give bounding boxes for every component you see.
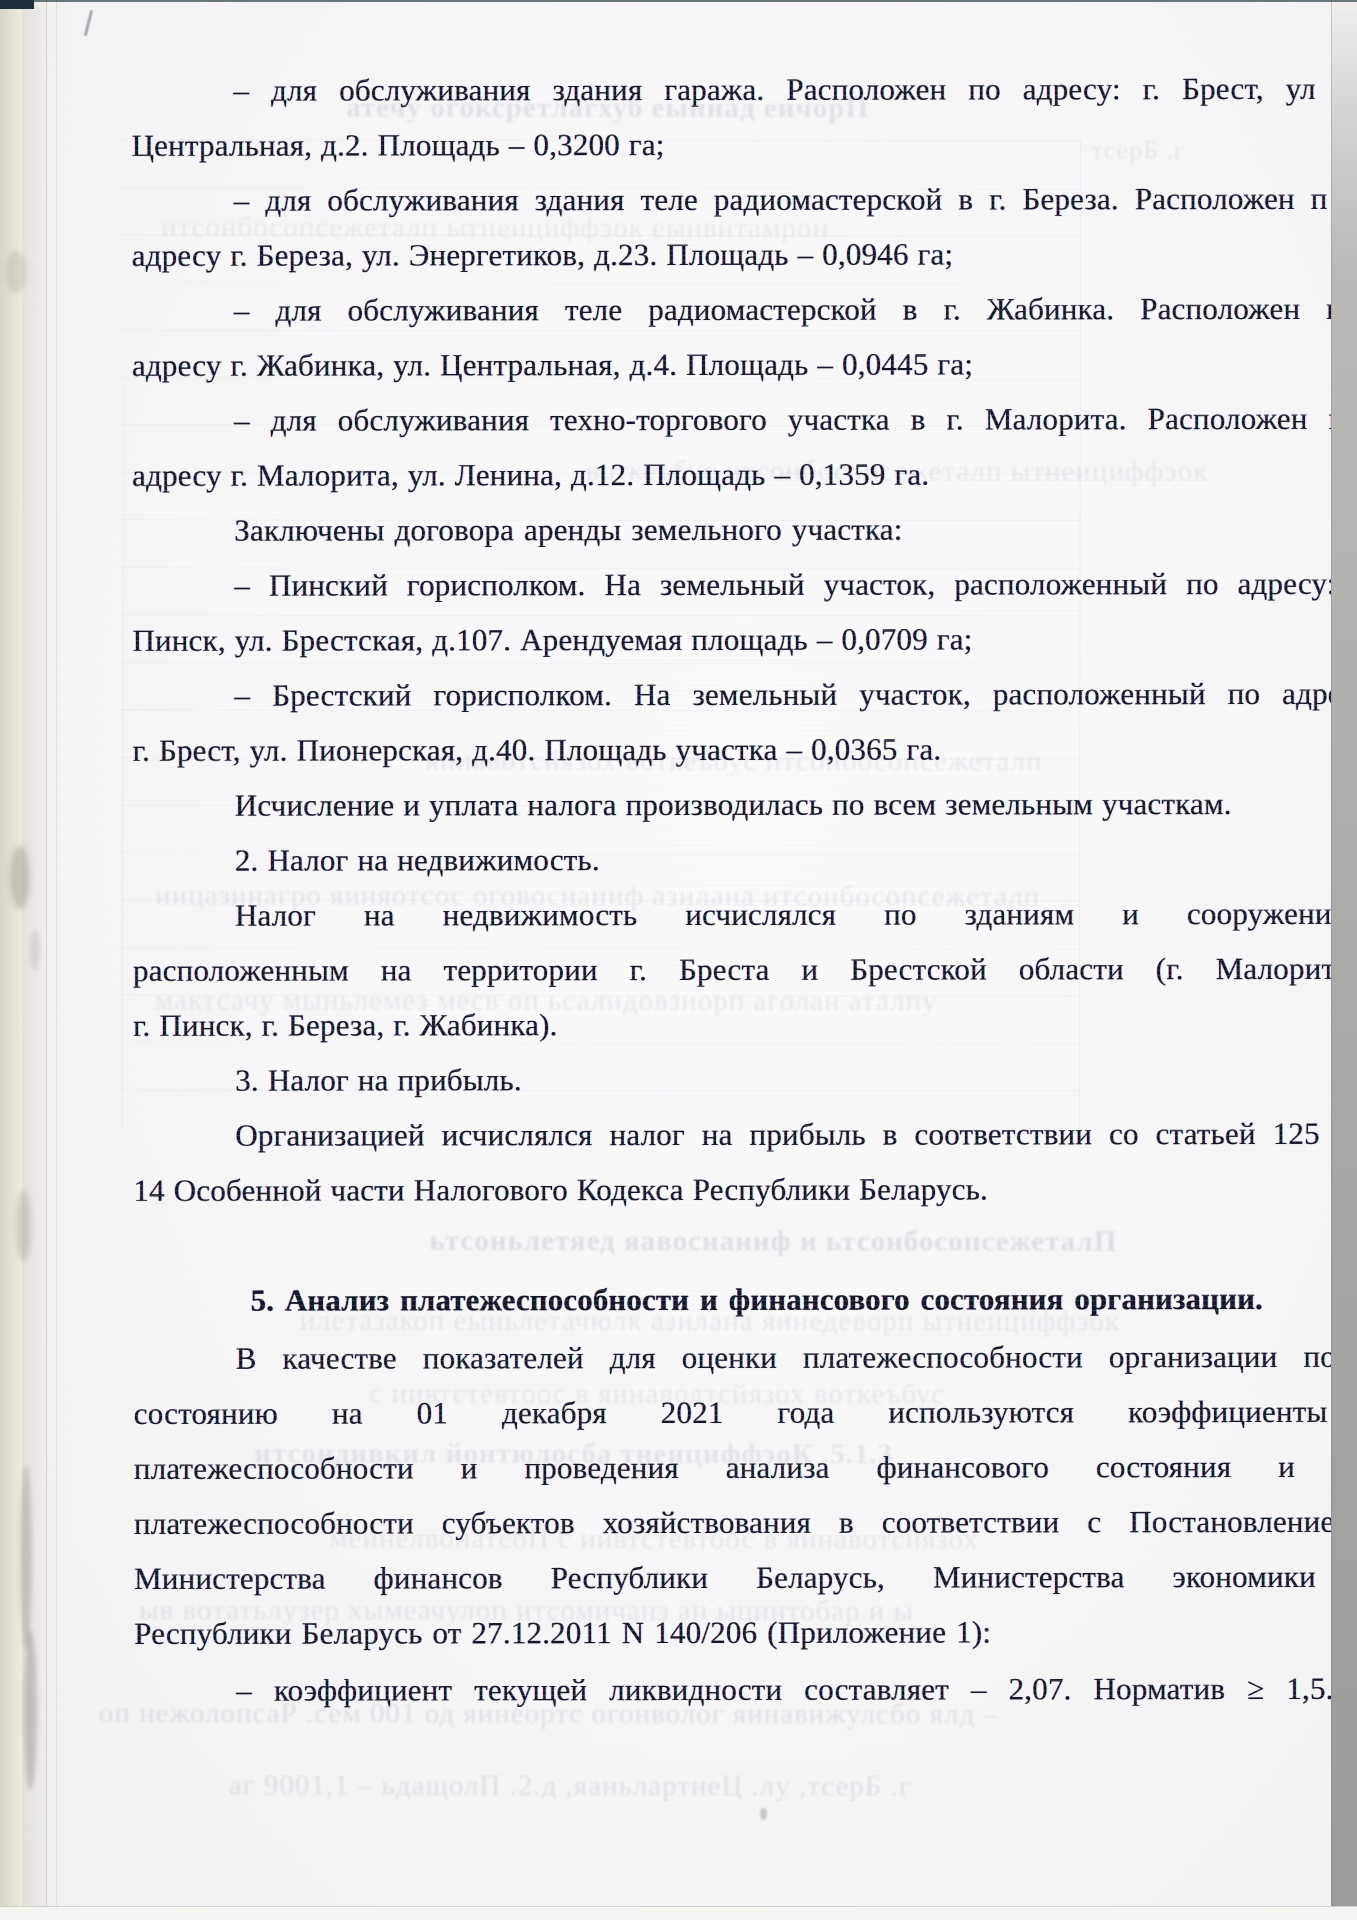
text-line: 2. Налог на недвижимость.: [235, 833, 600, 888]
text-line: состоянию на 01 декабря 2021 года исполь…: [134, 1385, 1328, 1441]
text-line: Пинск, ул. Брестская, д.107. Арендуемая …: [132, 612, 972, 667]
text-line: Налог на недвижимость исчислялся по здан…: [235, 887, 1357, 943]
text-line: – Брестский горисполком. На земельный уч…: [234, 667, 1357, 723]
text-line: Организацией исчислялся налог на прибыль…: [235, 1107, 1357, 1163]
text-line: 14 Особенной части Налогового Кодекса Ре…: [133, 1162, 988, 1217]
page-left-edge-strip: [0, 0, 22, 1920]
scan-top-corner-mark: [0, 0, 34, 9]
page-text-layer: – для обслуживания здания гаража. Распол…: [0, 0, 1357, 1920]
scanned-page: атечу огоксретлагхуб еыннад еичорПтсерБ …: [0, 0, 1357, 1920]
text-line: платежеспособности и проведения анализа …: [134, 1440, 1295, 1496]
text-line: – для обслуживания здания гаража. Распол…: [233, 62, 1315, 118]
text-line: – коэффициент текущей ликвидности состав…: [236, 1662, 1333, 1718]
text-line: – для обслуживания теле радиомастерской …: [234, 282, 1343, 338]
text-line: г. Пинск, г. Береза, г. Жабинка).: [133, 998, 558, 1053]
text-line: Министерства финансов Республики Беларус…: [134, 1550, 1316, 1606]
page-bottom-edge-strip: [0, 1906, 1357, 1920]
vertical-crease-line: [56, 0, 57, 1920]
page-right-edge-strip: [1331, 0, 1357, 1907]
text-line: Заключены договора аренды земельного уча…: [234, 503, 902, 558]
text-line: Центральная, д.2. Площадь – 0,3200 га;: [132, 118, 665, 173]
text-line: адресу г. Малорита, ул. Ленина, д.12. Пл…: [132, 448, 929, 503]
vertical-crease-line: [46, 0, 47, 1920]
text-line: г. Брест, ул. Пионерская, д.40. Площадь …: [133, 723, 942, 778]
text-line: – для обслуживания техно-торгового участ…: [234, 392, 1345, 448]
text-line: адресу г. Береза, ул. Энергетиков, д.23.…: [132, 228, 954, 283]
text-line: В качестве показателей для оценки платеж…: [236, 1330, 1336, 1386]
text-line: – Пинский горисполком. На земельный учас…: [234, 557, 1357, 613]
text-line: платежеспособности субъектов хозяйствова…: [134, 1495, 1354, 1551]
text-line: адресу г. Жабинка, ул. Центральная, д.4.…: [132, 337, 973, 392]
text-line: 5. Анализ платежеспособности и финансово…: [251, 1272, 1263, 1328]
text-line: 3. Налог на прибыль.: [235, 1053, 522, 1108]
text-line: – для обслуживания здания теле радиомаст…: [234, 172, 1328, 228]
text-line: Исчисление и уплата налога производилась…: [235, 777, 1232, 833]
text-line: Республики Беларусь от 27.12.2011 N 140/…: [134, 1605, 991, 1660]
text-line: расположенным на территории г. Бреста и …: [133, 942, 1350, 998]
scan-top-edge-line: [0, 0, 1357, 2]
